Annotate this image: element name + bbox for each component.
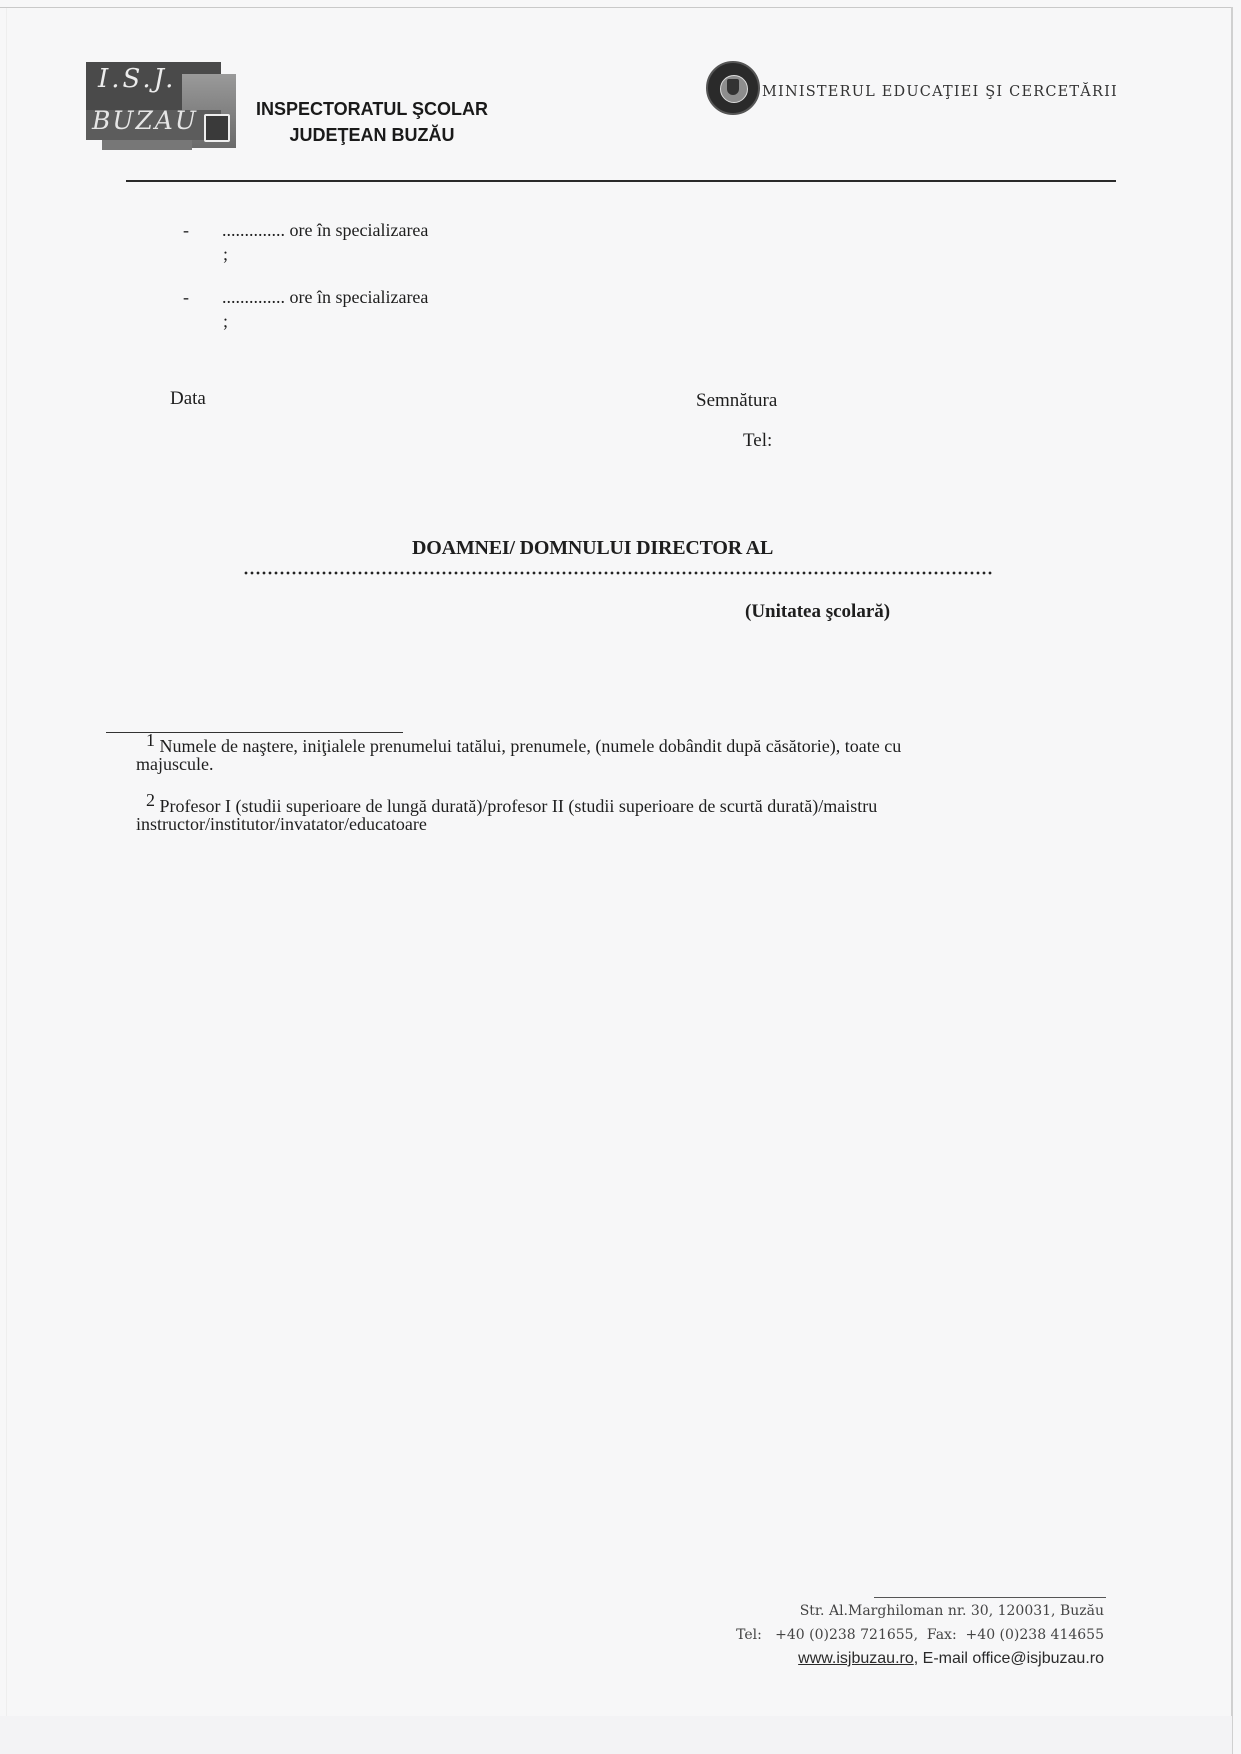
government-seal-icon xyxy=(706,61,760,115)
inspectorat-title: INSPECTORATUL ŞCOLAR JUDEŢEAN BUZĂU xyxy=(252,96,492,148)
date-label: Data xyxy=(170,388,206,410)
header-divider xyxy=(126,180,1116,182)
phone-label: Tel: xyxy=(743,430,772,452)
addressee-title: DOAMNEI/ DOMNULUI DIRECTOR AL xyxy=(412,537,773,560)
footnote-1: 1 Numele de naştere, iniţialele prenumel… xyxy=(146,737,1096,773)
semicolon: ; xyxy=(223,244,228,265)
logo-badge-icon xyxy=(204,114,230,142)
inspectorat-title-line2: JUDEŢEAN BUZĂU xyxy=(252,122,492,148)
footnote-2: 2 Profesor I (studii superioare de lungă… xyxy=(146,797,1096,833)
hours-label: ore în specializarea xyxy=(290,287,429,307)
bullet-dash: - xyxy=(183,220,189,241)
logo-text-buzau: BUZAU xyxy=(92,106,198,135)
ministry-title: MINISTERUL EDUCAŢIEI ŞI CERCETĂRII xyxy=(762,84,1118,100)
scan-bottom-band xyxy=(0,1716,1232,1754)
scan-edge-right xyxy=(1231,7,1233,1754)
logo-text-isj: I.S.J. xyxy=(98,64,176,94)
website-link[interactable]: www.isjbuzau.ro xyxy=(798,1650,914,1667)
footer-contact: www.isjbuzau.ro, E-mail office@isjbuzau.… xyxy=(798,1650,1104,1668)
footer-email: , E-mail office@isjbuzau.ro xyxy=(914,1650,1104,1667)
inspectorat-title-line1: INSPECTORATUL ŞCOLAR xyxy=(252,96,492,122)
semicolon: ; xyxy=(223,311,228,332)
footnote-marker: 2 xyxy=(146,790,155,810)
footnote-marker: 1 xyxy=(146,730,155,750)
footer-address: Str. Al.Marghiloman nr. 30, 120031, Buză… xyxy=(800,1603,1104,1619)
school-unit-label: (Unitatea şcolară) xyxy=(745,601,890,623)
footer-divider xyxy=(874,1597,1106,1598)
footer-phone-fax: Tel: +40 (0)238 721655, Fax: +40 (0)238 … xyxy=(736,1627,1104,1643)
signature-label: Semnătura xyxy=(696,390,777,412)
scan-edge-top xyxy=(0,7,1232,8)
school-unit-field[interactable] xyxy=(243,570,993,576)
bullet-dash: - xyxy=(183,287,189,308)
hours-field[interactable]: .............. ore în specializarea xyxy=(222,287,428,308)
hours-label: ore în specializarea xyxy=(290,220,429,240)
scan-edge-left xyxy=(6,8,7,1754)
isj-buzau-logo: I.S.J. BUZAU xyxy=(86,62,236,148)
hours-field[interactable]: .............. ore în specializarea xyxy=(222,220,428,241)
